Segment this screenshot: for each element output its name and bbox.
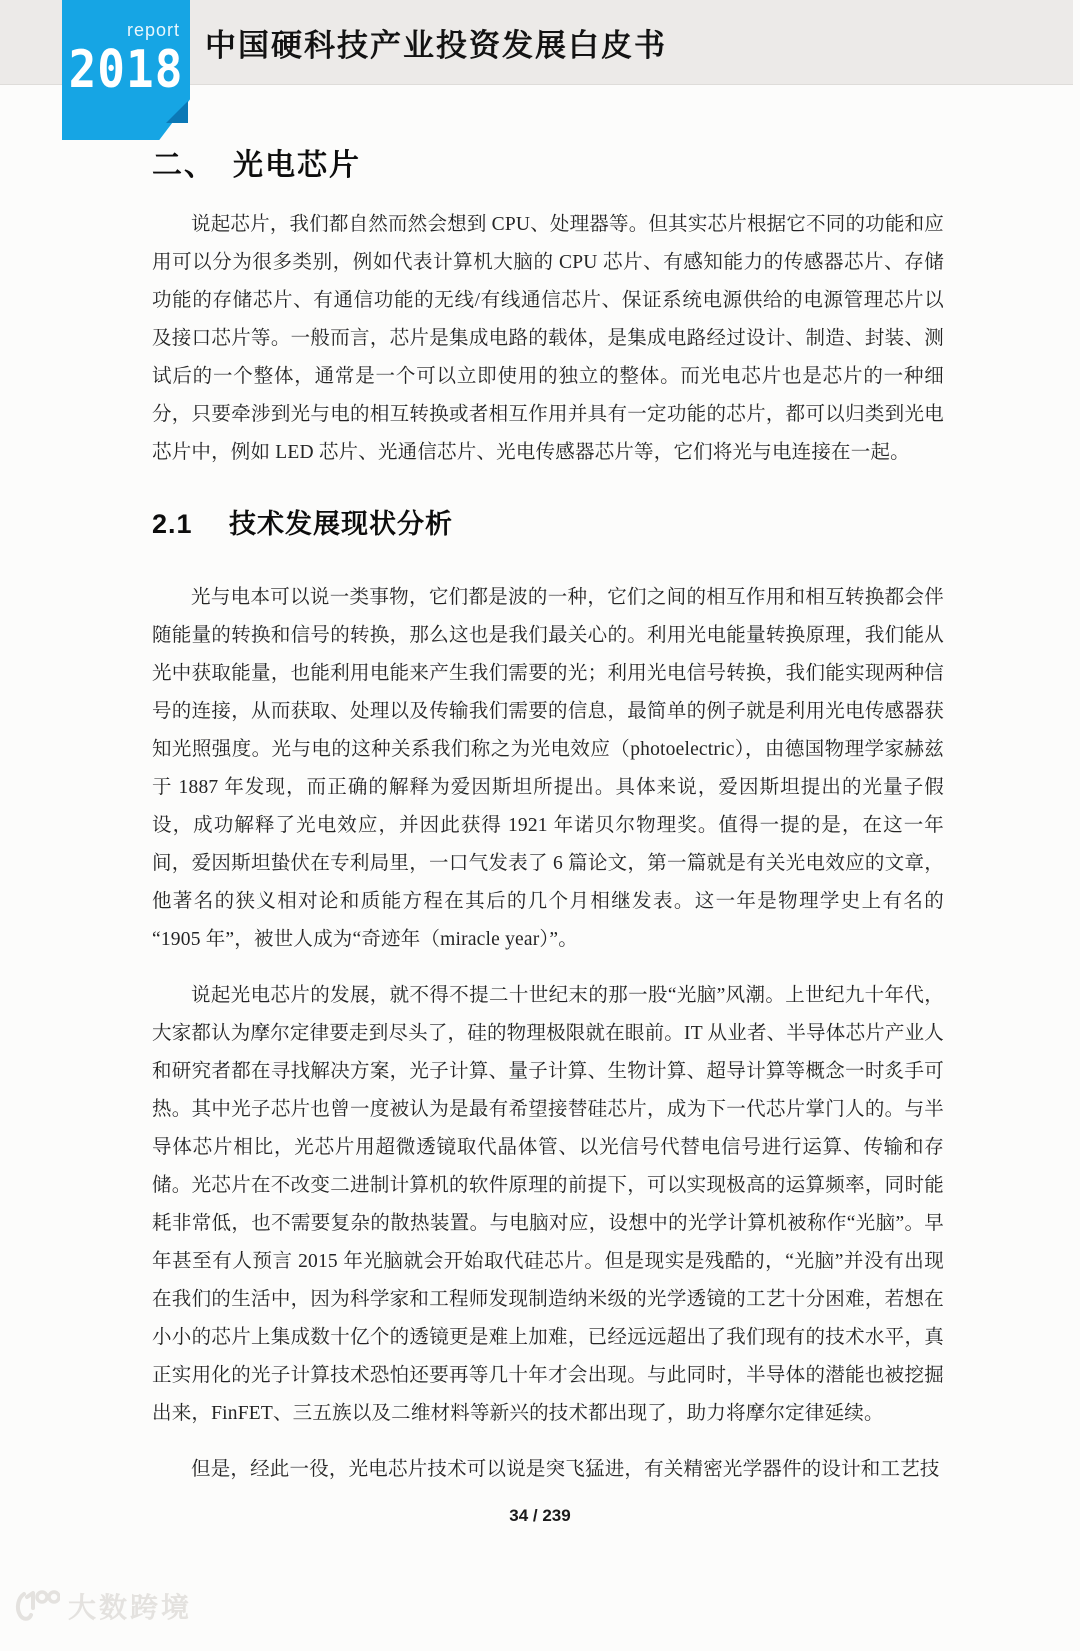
document-title: 中国硬科技产业投资发展白皮书 [205, 0, 667, 84]
section-heading: 二、 光电芯片 [152, 140, 944, 184]
report-2018-badge: report 2018 [62, 0, 190, 140]
document-page: 中国硬科技产业投资发展白皮书 report 2018 二、 光电芯片 说起芯片，… [0, 0, 1080, 1651]
paragraph-3: 说起光电芯片的发展，就不得不提二十世纪末的那一股“光脑”风潮。上世纪九十年代，大… [152, 977, 944, 1433]
watermark-text: 大数跨境 [68, 1586, 192, 1626]
paragraph-1: 说起芯片，我们都自然而然会想到 CPU、处理器等。但其实芯片根据它不同的功能和应… [152, 206, 944, 472]
subsection-heading: 2.1 技术发展现状分析 [152, 502, 944, 541]
badge-year-label: 2018 [66, 39, 186, 99]
watermark: 大数跨境 [14, 1586, 192, 1626]
page-number: 34 / 239 [0, 1506, 1080, 1526]
paragraph-4: 但是，经此一役，光电芯片技术可以说是突飞猛进，有关精密光学器件的设计和工艺技 [152, 1451, 944, 1489]
paragraph-2: 光与电本可以说一类事物，它们都是波的一种，它们之间的相互作用和相互转换都会伴随能… [152, 579, 944, 959]
watermark-logo-icon [14, 1588, 60, 1624]
page-body: 二、 光电芯片 说起芯片，我们都自然而然会想到 CPU、处理器等。但其实芯片根据… [0, 84, 1080, 1507]
